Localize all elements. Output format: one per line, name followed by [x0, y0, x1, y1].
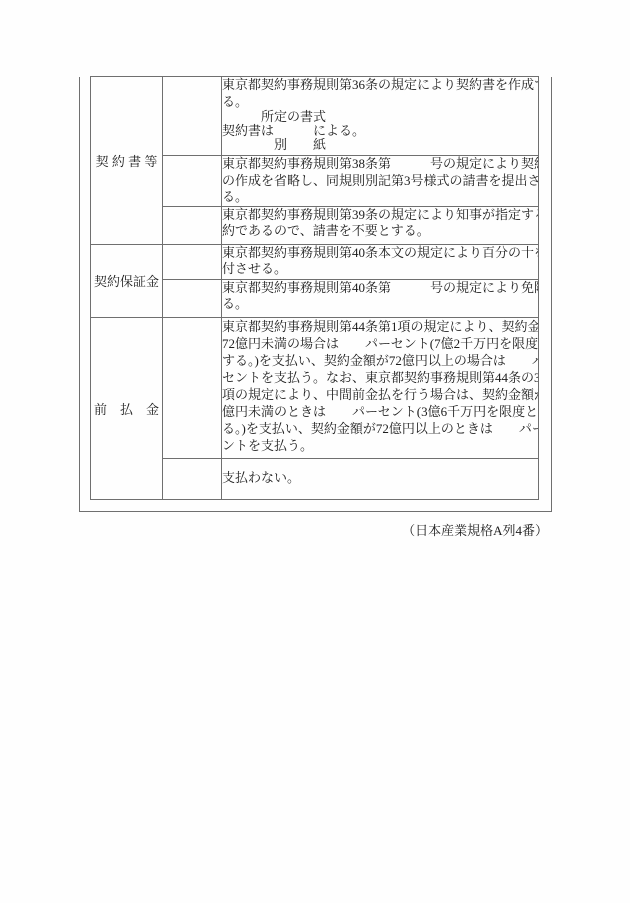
text-line: 契約書は による。 — [222, 124, 538, 138]
text-line: 東京都契約事務規則第36条の規定により契約書を作成す — [222, 77, 538, 94]
table-row: 契 約 書 等 東京都契約事務規則第36条の規定により契約書を作成す る。 所定… — [91, 77, 539, 156]
text-line: する。)を支払い、契約金額が72億円以上の場合は パー — [222, 352, 538, 369]
text-line: 支払わない。 — [222, 470, 538, 487]
content-cell: 東京都契約事務規則第44条第1項の規定により、契約金額が 72億円未満の場合は … — [222, 317, 539, 458]
contract-terms-table: 契 約 書 等 東京都契約事務規則第36条の規定により契約書を作成す る。 所定… — [90, 76, 539, 500]
content-cell: 東京都契約事務規則第38条第 号の規定により契約書 の作成を省略し、同規則別記第… — [222, 156, 539, 207]
text-line: 東京都契約事務規則第40条本文の規定により百分の十を納 — [222, 245, 538, 262]
text-line: ントを支払う。 — [222, 437, 538, 454]
selection-cell — [163, 279, 222, 317]
text-line: る。 — [222, 296, 538, 313]
text-line: 付させる。 — [222, 261, 538, 278]
document-page: 契 約 書 等 東京都契約事務規則第36条の規定により契約書を作成す る。 所定… — [0, 0, 630, 903]
selection-cell — [163, 244, 222, 279]
content-cell: 東京都契約事務規則第39条の規定により知事が指定する契 約であるので、請書を不要… — [222, 206, 539, 244]
content-cell: 東京都契約事務規則第40条第 号の規定により免除す る。 — [222, 279, 539, 317]
text-line: 所定の書式 — [222, 110, 538, 124]
text-line: 東京都契約事務規則第44条第1項の規定により、契約金額が — [222, 318, 538, 335]
text-line: る。 — [222, 189, 538, 206]
text-line: 億円未満のときは パーセント(3億6千万円を限度とす — [222, 403, 538, 420]
selection-cell — [163, 458, 222, 499]
section-label-contract-documents: 契 約 書 等 — [91, 77, 163, 245]
text-line: の作成を省略し、同規則別記第3号様式の請書を提出させ — [222, 173, 538, 190]
selection-cell — [163, 317, 222, 458]
table-row: 契約保証金 東京都契約事務規則第40条本文の規定により百分の十を納 付させる。 — [91, 244, 539, 279]
section-label-advance-payment: 前 払 金 — [91, 317, 163, 499]
text-line: セントを支払う。なお、東京都契約事務規則第44条の3第1 — [222, 369, 538, 386]
text-line: 東京都契約事務規則第40条第 号の規定により免除す — [222, 280, 538, 297]
section-label-contract-deposit: 契約保証金 — [91, 244, 163, 317]
text-line: 72億円未満の場合は パーセント(7億2千万円を限度と — [222, 335, 538, 352]
text-line: 東京都契約事務規則第39条の規定により知事が指定する契 — [222, 207, 538, 224]
content-cell: 支払わない。 — [222, 458, 539, 499]
text-line: る。)を支払い、契約金額が72億円以上のときは パーセ — [222, 420, 538, 437]
text-line: 項の規定により、中間前金払を行う場合は、契約金額が72 — [222, 386, 538, 403]
content-cell: 東京都契約事務規則第40条本文の規定により百分の十を納 付させる。 — [222, 244, 539, 279]
paper-size-note: （日本産業規格A列4番） — [79, 520, 548, 539]
content-cell: 東京都契約事務規則第36条の規定により契約書を作成す る。 所定の書式 契約書は… — [222, 77, 539, 156]
selection-cell — [163, 77, 222, 156]
text-line: 東京都契約事務規則第38条第 号の規定により契約書 — [222, 156, 538, 173]
selection-cell — [163, 206, 222, 244]
text-line: 約であるので、請書を不要とする。 — [222, 223, 538, 240]
table-row: 前 払 金 東京都契約事務規則第44条第1項の規定により、契約金額が 72億円未… — [91, 317, 539, 458]
text-line: 別 紙 — [222, 138, 538, 152]
text-line: る。 — [222, 94, 538, 111]
selection-cell — [163, 156, 222, 207]
